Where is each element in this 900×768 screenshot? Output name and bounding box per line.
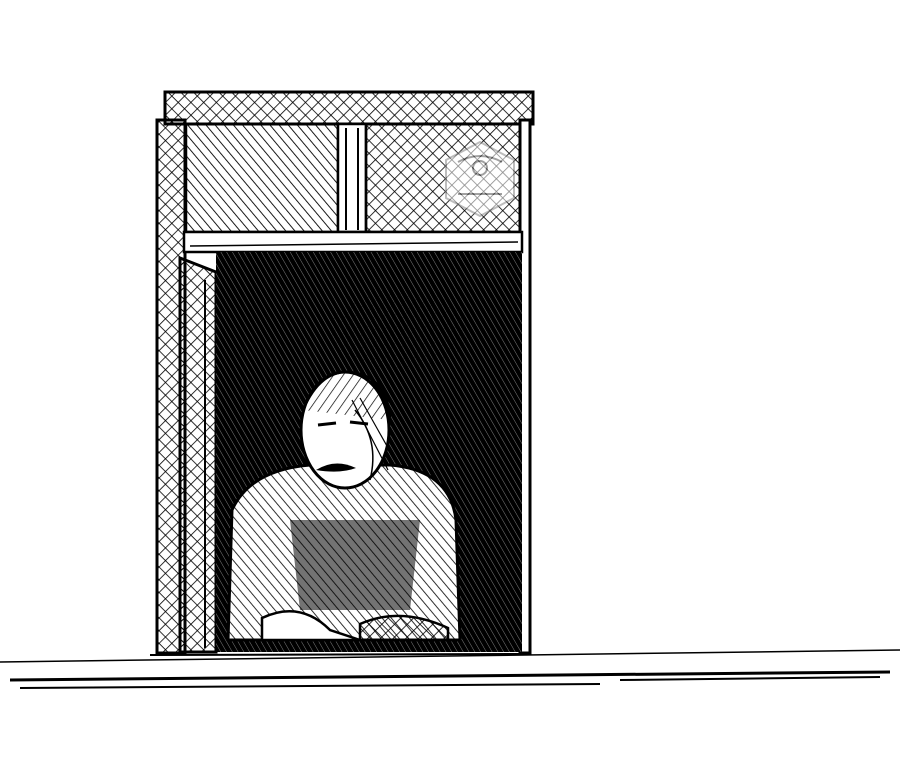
ink-illustration [0,0,900,768]
window-sill [0,650,900,688]
open-window-sash [180,258,216,652]
